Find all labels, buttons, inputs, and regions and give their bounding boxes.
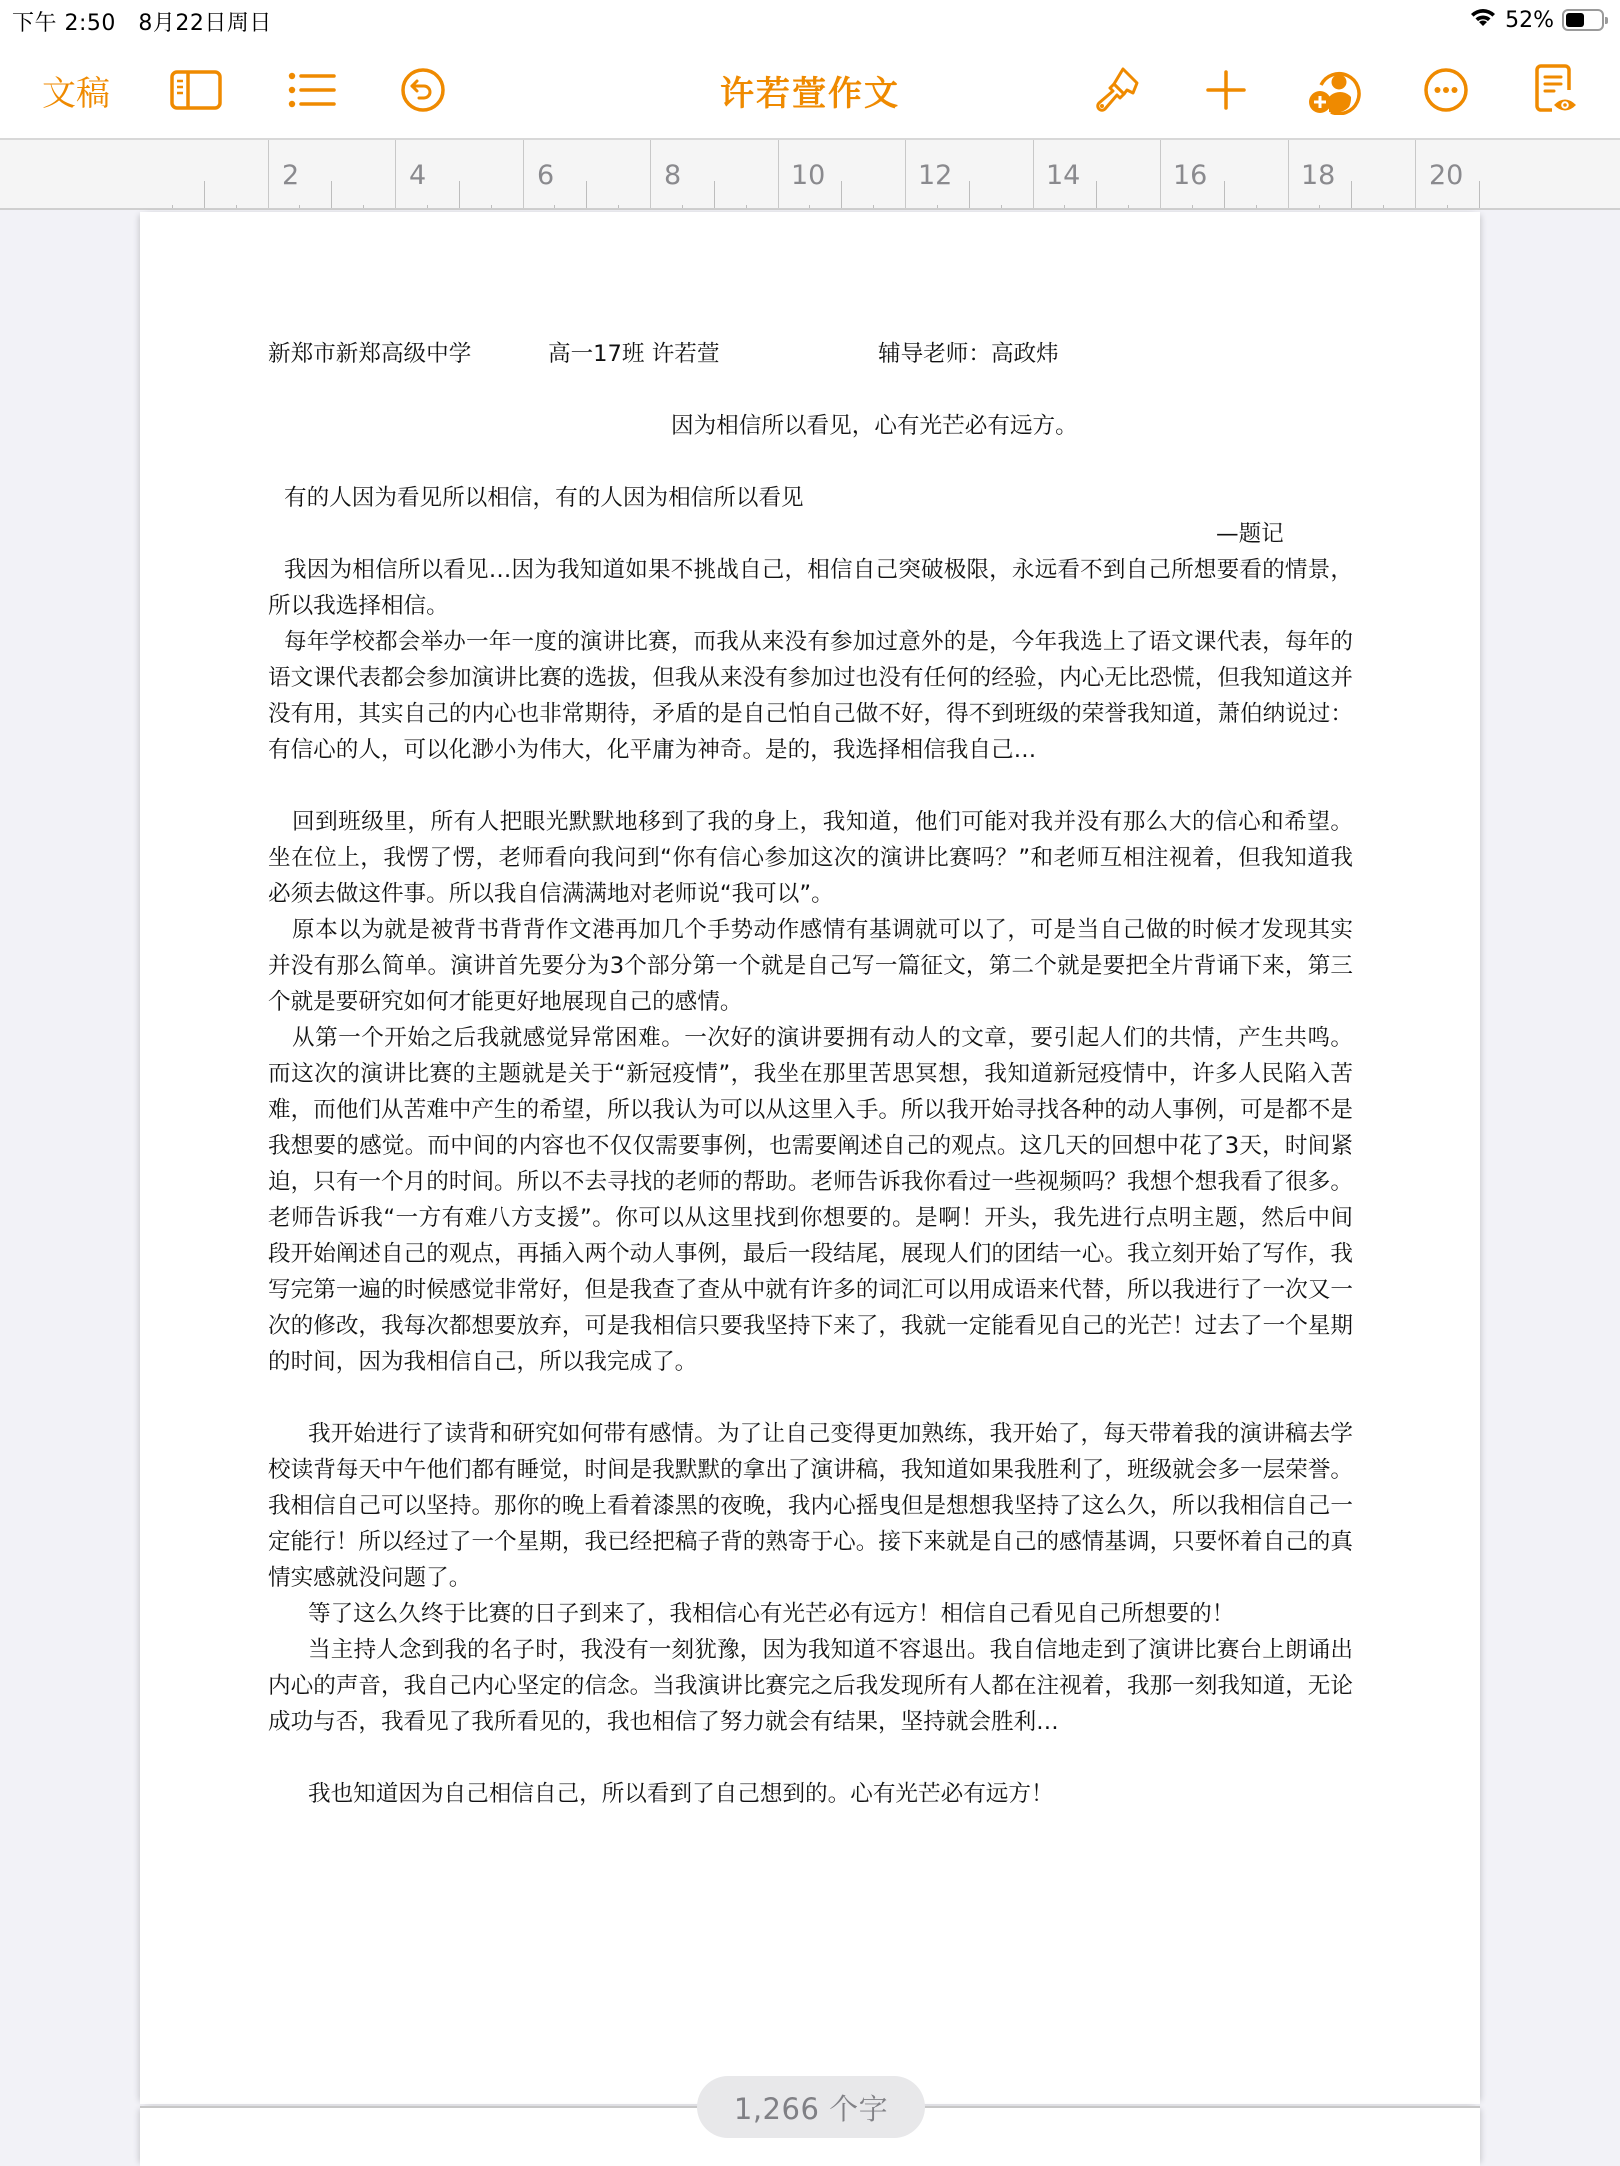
header-school: 新郑市新郑高级中学 (268, 336, 471, 372)
ruler-label: 10 (791, 160, 825, 191)
wifi-icon (1469, 6, 1497, 34)
status-time: 下午 2:50 8月22日周日 (12, 6, 272, 37)
paragraph-3: 回到班级里，所有人把眼光默默地移到了我的身上，我知道，他们可能对我并没有那么大的… (268, 804, 1353, 912)
list-button[interactable] (282, 40, 342, 140)
paragraph-8: 当主持人念到我的名子时，我没有一刻犹豫，因为我知道不容退出。我自信地走到了演讲比… (268, 1632, 1353, 1740)
ruler[interactable]: 2 4 6 8 10 12 14 16 18 20 (0, 140, 1620, 210)
paragraph-2: 每年学校都会举办一年一度的演讲比赛，而我从来没有参加过意外的是，今年我选上了语文… (268, 624, 1353, 768)
ruler-label: 18 (1301, 160, 1335, 191)
list-icon (288, 71, 336, 109)
date-text: 8月22日周日 (138, 11, 272, 36)
toolbar: 文稿 许若萱作文 (0, 40, 1620, 140)
sidebar-icon (170, 69, 222, 111)
document-title[interactable]: 许若萱作文 (720, 66, 900, 115)
status-right: 52% (1469, 6, 1604, 34)
paintbrush-icon (1093, 65, 1143, 115)
paragraph-7: 等了这么久终于比赛的日子到来了，我相信心有光芒必有远方！相信自己看见自己所想要的… (268, 1596, 1353, 1632)
documents-button[interactable]: 文稿 (36, 40, 116, 140)
ruler-label: 14 (1046, 160, 1080, 191)
ruler-label: 4 (409, 160, 426, 191)
document-title-container: 许若萱作文 (0, 40, 1620, 140)
ruler-label: 12 (918, 160, 952, 191)
reading-view-button[interactable] (1526, 40, 1586, 140)
paragraph-4: 原本以为就是被背书背背作文港再加几个手势动作感情有基调就可以了，可是当自己做的时… (268, 912, 1353, 1020)
paragraph-6: 我开始进行了读背和研究如何带有感情。为了让自己变得更加熟练，我开始了，每天带着我… (268, 1416, 1353, 1596)
header-advisor: 辅导老师：高政炜 (878, 336, 1059, 372)
plus-icon (1206, 70, 1246, 110)
word-count-badge[interactable]: 1,266 个字 (697, 2076, 925, 2138)
paragraph-9: 我也知道因为自己相信自己，所以看到了自己想到的。心有光芒必有远方！ (268, 1776, 1353, 1812)
ruler-label: 8 (664, 160, 681, 191)
essay-title: 因为相信所以看见，心有光芒必有远方。 (671, 408, 1078, 444)
document-page[interactable]: 新郑市新郑高级中学 高一17班 许若萱 辅导老师：高政炜 因为相信所以看见，心有… (140, 212, 1480, 2104)
document-eye-icon (1534, 64, 1578, 116)
format-button[interactable] (1085, 40, 1151, 140)
epigraph: 有的人因为看见所以相信，有的人因为相信所以看见 (284, 480, 804, 516)
ruler-label: 16 (1173, 160, 1207, 191)
ruler-label: 20 (1429, 160, 1463, 191)
collaborate-button[interactable] (1300, 40, 1368, 140)
paragraph-5: 从第一个开始之后我就感觉异常困难。一次好的演讲要拥有动人的文章，要引起人们的共情… (268, 1020, 1353, 1380)
battery-percent: 52% (1505, 8, 1554, 33)
ruler-label: 2 (282, 160, 299, 191)
ruler-label: 6 (537, 160, 554, 191)
time-text: 下午 2:50 (12, 11, 116, 36)
undo-button[interactable] (393, 40, 453, 140)
sidebar-button[interactable] (166, 40, 226, 140)
epigraph-attribution: —题记 (1216, 516, 1284, 552)
battery-icon (1562, 9, 1604, 31)
document-canvas[interactable]: 新郑市新郑高级中学 高一17班 许若萱 辅导老师：高政炜 因为相信所以看见，心有… (0, 212, 1620, 2160)
more-button[interactable] (1416, 40, 1476, 140)
status-bar: 下午 2:50 8月22日周日 52% (0, 0, 1620, 40)
word-count-text: 1,266 个字 (734, 2087, 888, 2128)
header-class: 高一17班 许若萱 (548, 336, 720, 372)
insert-button[interactable] (1196, 40, 1256, 140)
paragraph-1: 我因为相信所以看见…因为我知道如果不挑战自己，相信自己突破极限，永远看不到自己所… (268, 552, 1353, 624)
ellipsis-icon (1423, 67, 1469, 113)
undo-icon (400, 67, 446, 113)
add-person-icon (1307, 65, 1361, 115)
documents-label: 文稿 (42, 66, 110, 115)
